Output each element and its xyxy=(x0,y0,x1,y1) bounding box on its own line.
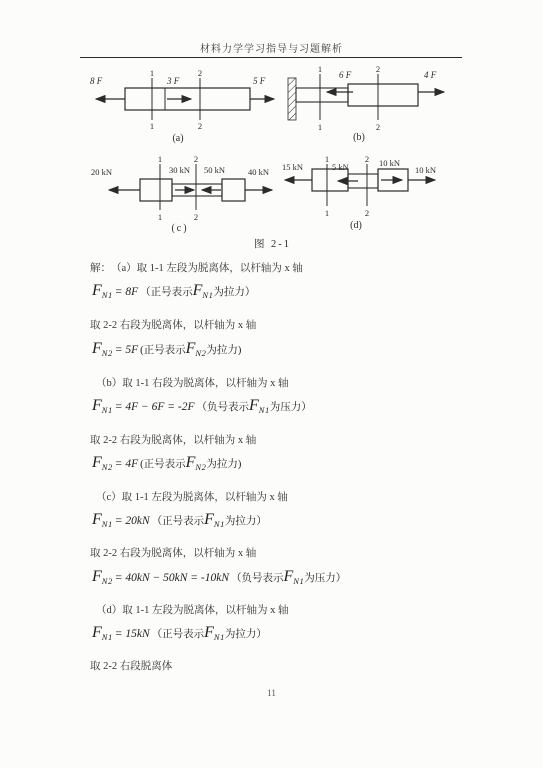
formula-note: 为拉力) xyxy=(206,345,241,356)
force-subscript: N1 xyxy=(214,519,225,529)
force-subscript: N2 xyxy=(195,462,206,472)
formula-note: 为拉力） xyxy=(213,287,255,298)
force-15kn-label: 15 kN xyxy=(282,162,303,172)
thin-segment-outline xyxy=(296,88,348,102)
force-subscript: N1 xyxy=(102,290,113,300)
force-50kn-label: 50 kN xyxy=(204,165,225,175)
diagram-b-caption: (b) xyxy=(353,132,365,142)
force-subscript: N1 xyxy=(102,632,113,642)
axial-force-symbol: F xyxy=(204,624,214,641)
left-block-outline xyxy=(312,169,348,191)
formula-expression: = 4F xyxy=(113,458,140,470)
force-subscript: N2 xyxy=(102,348,113,358)
force-subscript: N2 xyxy=(102,576,113,586)
formula-note: （负号表示 xyxy=(197,402,250,413)
formula-note: (正号表示 xyxy=(140,345,186,356)
formula-a-fn2: FN2= 5F(正号表示FN2为拉力) xyxy=(92,340,241,358)
header-rule xyxy=(80,57,462,58)
formula-d-fn1: FN1= 15kN（正号表示FN1为拉力） xyxy=(92,624,267,642)
section-2-bottom-label: 2 xyxy=(376,122,380,132)
section-1-top-label: 1 xyxy=(325,154,329,164)
solution-step-c2: 取 2-2 右段为脱离体，以杆轴为 x 轴 xyxy=(90,545,256,560)
formula-note: （正号表示 xyxy=(152,516,205,527)
formula-b-fn1: FN1= 4F − 6F = -2F（负号表示FN1为压力） xyxy=(92,397,312,415)
axial-force-symbol: F xyxy=(92,568,102,585)
section-2-bottom-label: 2 xyxy=(365,208,369,218)
formula-note: 为压力） xyxy=(270,402,312,413)
solution-step-c1: （c）取 1-1 左段为脱离体，以杆轴为 x 轴 xyxy=(96,489,288,504)
axial-force-symbol: F xyxy=(186,454,196,471)
section-2-top-label: 2 xyxy=(198,68,202,78)
solution-step-a1: 解： （a）取 1-1 左段为脱离体，以杆轴为 x 轴 xyxy=(90,260,303,275)
running-header: 材料力学学习指导与习题解析 xyxy=(0,40,543,55)
formula-expression: = 40kN − 50kN = -10kN xyxy=(113,572,231,584)
solution-step-b2: 取 2-2 右段为脱离体，以杆轴为 x 轴 xyxy=(90,432,256,447)
section-2-top-label: 2 xyxy=(365,154,369,164)
section-1-bottom-label: 1 xyxy=(158,212,162,222)
force-5kn-label: 5 kN xyxy=(332,162,349,172)
right-block-outline xyxy=(222,179,245,201)
formula-expression: = 4F − 6F = -2F xyxy=(113,401,197,413)
formula-a-fn1: FN1= 8F（正号表示FN1为拉力） xyxy=(92,282,255,300)
textbook-page: 材料力学学习指导与习题解析 1 2 8 F 3 F 5 F 1 2 (a) xyxy=(0,0,543,768)
section-2-bottom-label: 2 xyxy=(194,212,198,222)
formula-note: 为拉力) xyxy=(206,459,241,470)
force-subscript: N2 xyxy=(195,348,206,358)
formula-note: （负号表示 xyxy=(231,573,284,584)
formula-expression: = 8F xyxy=(113,286,140,298)
force-subscript: N1 xyxy=(214,632,225,642)
section-1-bottom-label: 1 xyxy=(150,121,154,131)
thick-segment-outline xyxy=(348,84,418,106)
formula-note: (正号表示 xyxy=(140,459,186,470)
axial-force-symbol: F xyxy=(92,624,102,641)
section-1-top-label: 1 xyxy=(318,64,322,74)
formula-b-fn2: FN2= 4F(正号表示FN2为拉力) xyxy=(92,454,241,472)
force-10kn-mid-label: 10 kN xyxy=(379,158,400,168)
axial-force-symbol: F xyxy=(186,340,196,357)
formula-expression: = 15kN xyxy=(113,628,152,640)
section-2-bottom-label: 2 xyxy=(198,121,202,131)
axial-force-symbol: F xyxy=(92,397,102,414)
solution-step-b1: （b）取 1-1 右段为脱离体，以杆轴为 x 轴 xyxy=(96,375,289,390)
diagram-c: 1 2 20 kN 30 kN 50 kN 40 kN 1 2 (c) xyxy=(85,150,285,235)
formula-note: （正号表示 xyxy=(152,629,205,640)
force-30kn-label: 30 kN xyxy=(169,165,190,175)
section-1-bottom-label: 1 xyxy=(318,122,322,132)
formula-c-fn2: FN2= 40kN − 50kN = -10kN（负号表示FN1为压力） xyxy=(92,568,346,586)
left-block-outline xyxy=(140,179,172,201)
force-subscript: N1 xyxy=(102,519,113,529)
force-6f-label: 6 F xyxy=(339,70,352,80)
force-subscript: N1 xyxy=(202,290,213,300)
axial-force-symbol: F xyxy=(193,282,203,299)
axial-force-symbol: F xyxy=(204,511,214,528)
solution-step-a2: 取 2-2 右段为脱离体，以杆轴为 x 轴 xyxy=(90,317,256,332)
axial-force-symbol: F xyxy=(92,282,102,299)
force-subscript: N1 xyxy=(293,576,304,586)
fixed-wall-hatch xyxy=(288,78,296,120)
formula-note: 为拉力） xyxy=(225,516,267,527)
axial-force-symbol: F xyxy=(249,397,259,414)
force-8f-label: 8 F xyxy=(90,76,103,86)
force-subscript: N1 xyxy=(259,405,270,415)
formula-expression: = 20kN xyxy=(113,515,152,527)
force-40kn-label: 40 kN xyxy=(248,167,269,177)
formula-note: 为拉力） xyxy=(225,629,267,640)
diagram-a: 1 2 8 F 3 F 5 F 1 2 (a) xyxy=(88,64,278,144)
page-number: 11 xyxy=(0,688,543,698)
axial-force-symbol: F xyxy=(284,568,294,585)
force-subscript: N2 xyxy=(102,462,113,472)
diagram-b: 1 2 6 F 4 F 1 2 (b) xyxy=(283,62,468,142)
force-subscript: N1 xyxy=(102,405,113,415)
force-3f-label: 3 F xyxy=(166,76,180,86)
solution-step-d1: （d）取 1-1 左段为脱离体，以杆轴为 x 轴 xyxy=(96,602,289,617)
axial-force-symbol: F xyxy=(92,454,102,471)
axial-force-symbol: F xyxy=(92,340,102,357)
force-20kn-label: 20 kN xyxy=(91,167,112,177)
diagram-a-caption: (a) xyxy=(172,133,183,144)
figure-caption: 图 2-1 xyxy=(85,236,460,251)
solution-step-d2: 取 2-2 右段脱离体 xyxy=(90,658,172,673)
formula-note: 为压力） xyxy=(304,573,346,584)
diagram-d: 1 2 15 kN 5 kN 10 kN 10 kN 1 2 (d) xyxy=(280,150,475,232)
force-10kn-end-label: 10 kN xyxy=(415,165,436,175)
section-1-top-label: 1 xyxy=(150,68,154,78)
formula-note: （正号表示 xyxy=(140,287,193,298)
section-2-top-label: 2 xyxy=(376,64,380,74)
force-5f-label: 5 F xyxy=(253,76,266,86)
axial-force-symbol: F xyxy=(92,511,102,528)
formula-c-fn1: FN1= 20kN（正号表示FN1为拉力） xyxy=(92,511,267,529)
diagram-d-caption: (d) xyxy=(350,220,362,231)
section-2-top-label: 2 xyxy=(194,154,198,164)
section-1-bottom-label: 1 xyxy=(325,208,329,218)
section-1-top-label: 1 xyxy=(158,154,162,164)
diagram-c-caption: (c) xyxy=(171,223,188,234)
formula-expression: = 5F xyxy=(113,344,140,356)
force-4f-label: 4 F xyxy=(424,70,437,80)
